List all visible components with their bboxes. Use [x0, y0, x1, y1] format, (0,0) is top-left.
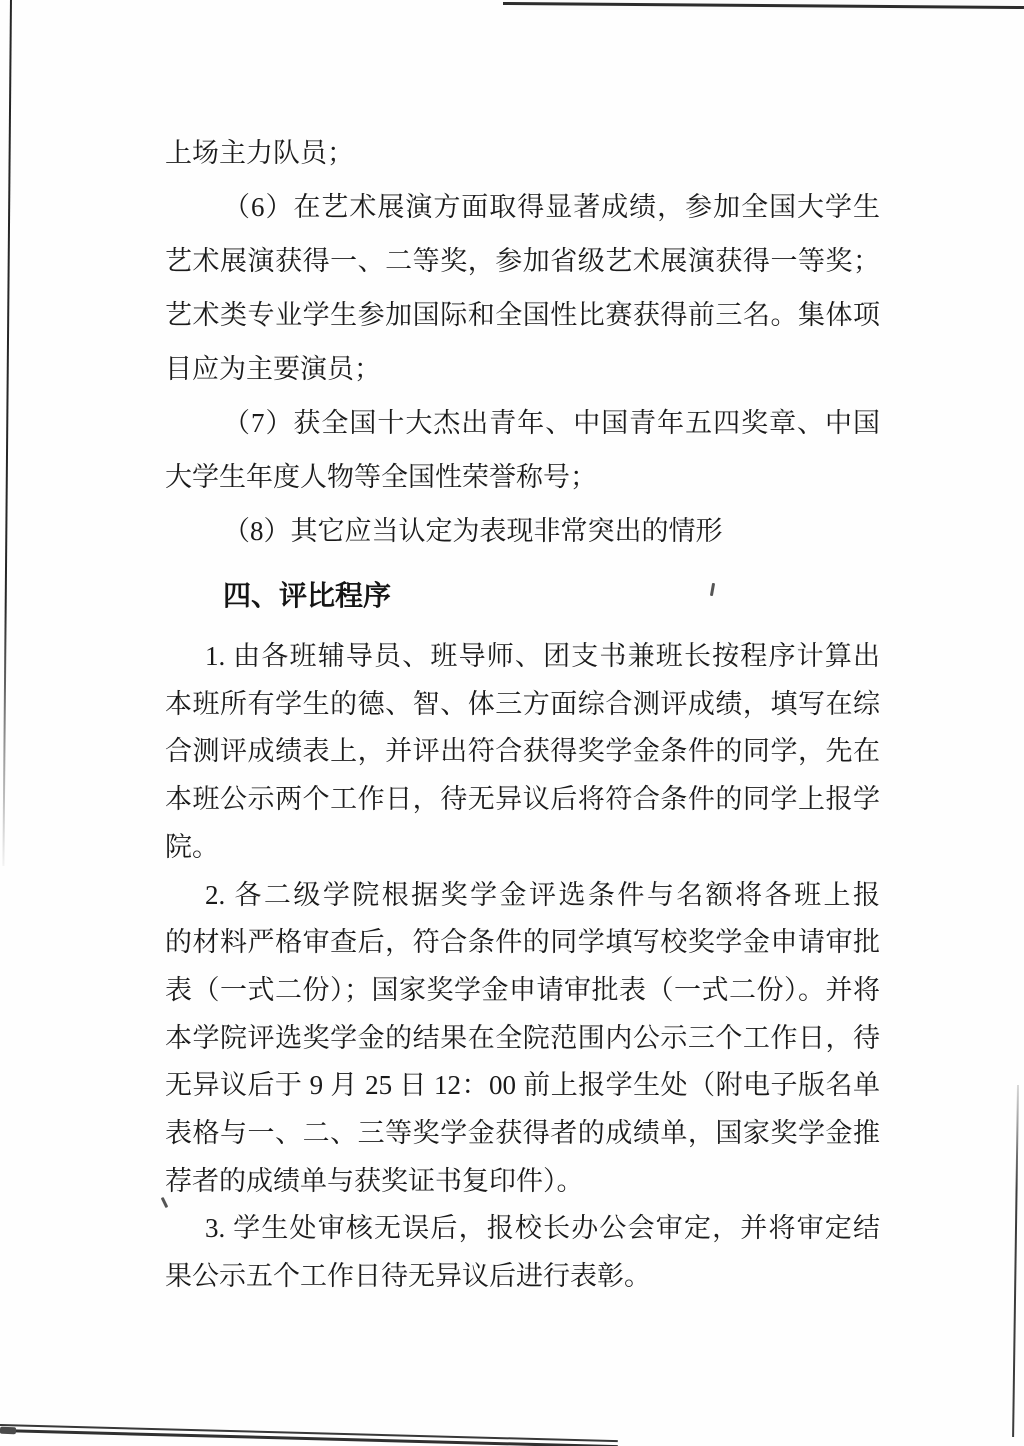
award-criteria-section: 上场主力队员； （6）在艺术展演方面取得显著成绩，参加全国大学生 艺术展演获得一…	[165, 126, 880, 558]
paragraph-item-7: （7）获全国十大杰出青年、中国青年五四奖章、中国 大学生年度人物等全国性荣誉称号…	[165, 396, 880, 504]
text-line: 3. 学生处审核无误后，报校长办公会审定，并将审定结	[165, 1205, 880, 1253]
document-page: 上场主力队员； （6）在艺术展演方面取得显著成绩，参加全国大学生 艺术展演获得一…	[0, 0, 1024, 1446]
text-line: 的材料严格审查后，符合条件的同学填写校奖学金申请审批	[165, 919, 880, 967]
paragraph-step-3: 3. 学生处审核无误后，报校长办公会审定，并将审定结 果公示五个工作日待无异议后…	[165, 1205, 880, 1300]
text-line: 无异议后于 9 月 25 日 12：00 前上报学生处（附电子版名单	[165, 1062, 880, 1110]
scan-smudge	[0, 1427, 16, 1435]
text-line: 大学生年度人物等全国性荣誉称号；	[165, 450, 880, 504]
text-line: （6）在艺术展演方面取得显著成绩，参加全国大学生	[165, 180, 880, 234]
text-line: 2. 各二级学院根据奖学金评选条件与名额将各班上报	[165, 872, 880, 920]
text-line: 1. 由各班辅导员、班导师、团支书兼班长按程序计算出	[165, 633, 880, 681]
text-line: 表（一式二份）；国家奖学金申请审批表（一式二份）。并将	[165, 967, 880, 1015]
paragraph-item-8: （8）其它应当认定为表现非常突出的情形	[165, 504, 880, 558]
text-line: 本班公示两个工作日，待无异议后将符合条件的同学上报学	[165, 776, 880, 824]
scan-edge-right-line	[1012, 1085, 1019, 1437]
text-line: 表格与一、二、三等奖学金获得者的成绩单，国家奖学金推	[165, 1110, 880, 1158]
paragraph-item-6: （6）在艺术展演方面取得显著成绩，参加全国大学生 艺术展演获得一、二等奖，参加省…	[165, 180, 880, 396]
text-line: 荐者的成绩单与获奖证书复印件）。	[165, 1158, 880, 1206]
document-text: 上场主力队员； （6）在艺术展演方面取得显著成绩，参加全国大学生 艺术展演获得一…	[165, 126, 880, 1301]
text-line: 艺术展演获得一、二等奖，参加省级艺术展演获得一等奖；	[165, 234, 880, 288]
scan-edge-top-line	[503, 2, 1024, 9]
text-line: 院。	[165, 824, 880, 872]
text-line: 上场主力队员；	[165, 126, 880, 180]
text-line: 艺术类专业学生参加国际和全国性比赛获得前三名。集体项	[165, 288, 880, 342]
section-heading: 四、评比程序	[165, 570, 880, 624]
paragraph-step-1: 1. 由各班辅导员、班导师、团支书兼班长按程序计算出 本班所有学生的德、智、体三…	[165, 633, 880, 872]
text-line: 果公示五个工作日待无异议后进行表彰。	[165, 1253, 880, 1301]
scan-edge-left-line	[2, 0, 12, 866]
text-line: （8）其它应当认定为表现非常突出的情形	[165, 504, 880, 558]
text-line: 目应为主要演员；	[165, 342, 880, 396]
procedure-section: 1. 由各班辅导员、班导师、团支书兼班长按程序计算出 本班所有学生的德、智、体三…	[165, 633, 880, 1301]
paragraph: 上场主力队员；	[165, 126, 880, 180]
paragraph-step-2: 2. 各二级学院根据奖学金评选条件与名额将各班上报 的材料严格审查后，符合条件的…	[165, 872, 880, 1206]
text-line: （7）获全国十大杰出青年、中国青年五四奖章、中国	[165, 396, 880, 450]
text-line: 本班所有学生的德、智、体三方面综合测评成绩，填写在综	[165, 681, 880, 729]
text-line: 本学院评选奖学金的结果在全院范围内公示三个工作日，待	[165, 1015, 880, 1063]
text-line: 合测评成绩表上，并评出符合获得奖学金条件的同学，先在	[165, 728, 880, 776]
